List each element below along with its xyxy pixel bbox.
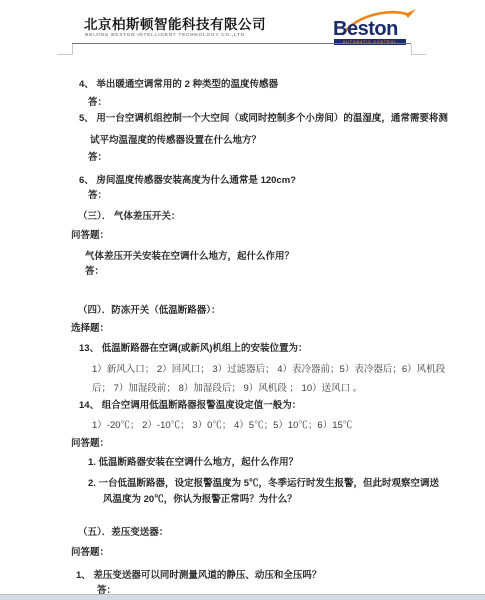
- company-name-cn: 北京柏斯顿智能科技有限公司: [84, 13, 266, 33]
- document-page: 北京柏斯顿智能科技有限公司 BEIJING BESTON INTELLIGENT…: [0, 0, 485, 600]
- answer-label-5: 答：: [88, 152, 107, 163]
- question-5-line1: 5、 用一台空调机组控制一个大空间（或同时控制多个小房间）的温湿度，通常需要将测: [79, 113, 448, 124]
- question-13: 13、 低温断路器在空调(或新风)机组上的安装位置为：: [79, 343, 308, 354]
- margin-crop-mark-right-h: [411, 54, 426, 55]
- sub-question-2-line1: 2. 一台低温断路器，设定报警温度为 5℃，冬季运行时发生报警，但此时观察空调送: [88, 478, 439, 489]
- qa-heading-2: 问答题：: [71, 438, 109, 449]
- answer-label-6: 答：: [88, 190, 107, 201]
- question-14-options: 1）-20℃； 2）-10℃； 3）0℃； 4）5℃；5）10℃；6）15℃: [92, 420, 352, 431]
- logo-wordmark: Beston: [333, 18, 398, 41]
- margin-crop-mark-left-h: [57, 54, 72, 55]
- answer-label-4: 答：: [88, 97, 107, 108]
- qa-heading-1: 问答题：: [71, 230, 109, 241]
- question-6: 6、 房间温度传感器安装高度为什么通常是 120cm?: [79, 175, 296, 186]
- question-14: 14、 组合空调用低温断路器报警温度设定值一般为：: [79, 400, 301, 411]
- question-4: 4、 举出暖通空调常用的 2 种类型的温度传感器: [79, 79, 278, 90]
- question-gas-switch: 气体差压开关安装在空调什么地方，起什么作用？: [85, 251, 294, 262]
- sub-question-1: 1. 低温断路器安装在空调什么地方，起什么作用？: [88, 457, 298, 468]
- logo-tagline-bar: AUTOMATIC CONTROL: [334, 39, 406, 45]
- header-rule: [72, 43, 411, 44]
- choice-heading: 选择题：: [71, 323, 109, 334]
- answer-label-gas: 答：: [85, 266, 104, 277]
- qa-heading-3: 问答题：: [71, 547, 109, 558]
- company-name-en: BEIJING BESTON INTELLIGENT TECHNOLOGY CO…: [85, 33, 245, 38]
- section-heading-4: （四）．防冻开关（低温断路器）：: [78, 305, 221, 316]
- question-5-line2: 试平均温湿度的传感器设置在什么地方？: [90, 135, 261, 146]
- sub-question-2-line2: 风温度为 20℃，你认为报警正常吗？为什么？: [103, 494, 297, 505]
- window-bottom-edge: [0, 594, 485, 600]
- section-heading-3: （三）． 气体差压开关：: [78, 211, 180, 222]
- question-13-options-1: 1）新风入口； 2）回风口； 3）过滤器后； 4）表冷器前；5）表冷器后；6）风…: [92, 364, 445, 375]
- margin-crop-mark-left: [72, 44, 73, 55]
- section-heading-5: （五）．差压变送器：: [78, 527, 168, 538]
- question-13-options-2: 后； 7）加湿段前； 8）加湿段后； 9）风机段 ； 10）送风口 。: [92, 383, 362, 394]
- question-dp-1: 1、 差压变送器可以同时测量风道的静压、动压和全压吗？: [76, 570, 321, 581]
